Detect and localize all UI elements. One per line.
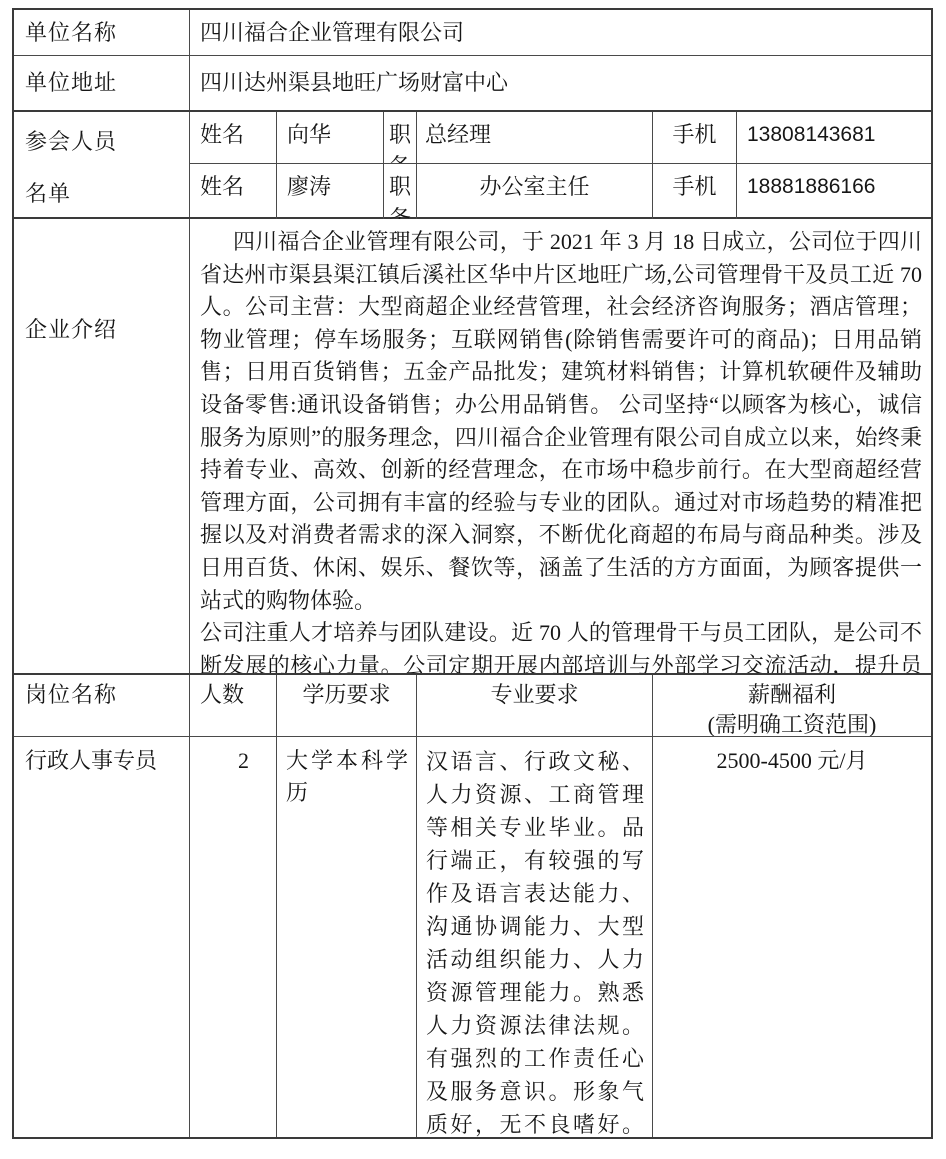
header-position: 岗位名称 — [14, 675, 190, 736]
participant-title: 办公室主任 — [417, 164, 653, 219]
header-education: 学历要求 — [277, 675, 417, 736]
intro-paragraph-1: 四川福合企业管理有限公司，于 2021 年 3 月 18 日成立，公司位于四川省… — [200, 226, 922, 617]
unit-address-value: 四川达州渠县地旺广场财富中心 — [190, 56, 931, 110]
phone-label: 手机 — [653, 164, 737, 219]
header-major: 专业要求 — [417, 675, 653, 736]
name-label: 姓名 — [190, 164, 277, 219]
participant-row: 姓名 向华 职务 总经理 手机 13808143681 — [190, 112, 931, 164]
position-salary: 2500-4500 元/月 — [653, 737, 931, 1137]
phone-label: 手机 — [653, 112, 737, 163]
unit-address-row: 单位地址 四川达州渠县地旺广场财富中心 — [14, 56, 931, 112]
participant-phone: 18881886166 — [737, 164, 931, 219]
company-intro-text: 四川福合企业管理有限公司，于 2021 年 3 月 18 日成立，公司位于四川省… — [190, 219, 931, 673]
unit-name-label: 单位名称 — [14, 10, 190, 55]
position-major: 汉语言、行政文秘、人力资源、工商管理等相关专业毕业。品行端正，有较强的写作及语言… — [417, 737, 653, 1137]
participant-name: 廖涛 — [277, 164, 384, 219]
position-name: 行政人事专员 — [14, 737, 190, 1137]
participant-name: 向华 — [277, 112, 384, 163]
position-count: 2 — [190, 737, 277, 1137]
registration-form-table: 单位名称 四川福合企业管理有限公司 单位地址 四川达州渠县地旺广场财富中心 参会… — [12, 8, 933, 1139]
participant-row: 姓名 廖涛 职务 办公室主任 手机 18881886166 — [190, 164, 931, 219]
participants-section: 参会人员 名单 姓名 向华 职务 总经理 手机 13808143681 姓名 廖… — [14, 112, 931, 219]
participant-title: 总经理 — [417, 112, 653, 163]
company-intro-row: 企业介绍 四川福合企业管理有限公司，于 2021 年 3 月 18 日成立，公司… — [14, 219, 931, 675]
participants-label: 参会人员 名单 — [14, 112, 190, 217]
participant-phone: 13808143681 — [737, 112, 931, 163]
positions-header-row: 岗位名称 人数 学历要求 专业要求 薪酬福利 (需明确工资范围) — [14, 675, 931, 737]
header-salary: 薪酬福利 (需明确工资范围) — [653, 675, 931, 736]
title-label: 职务 — [384, 112, 417, 163]
company-intro-label: 企业介绍 — [14, 219, 190, 673]
position-education: 大学本科学历 — [277, 737, 417, 1137]
unit-address-label: 单位地址 — [14, 56, 190, 110]
name-label: 姓名 — [190, 112, 277, 163]
title-label: 职务 — [384, 164, 417, 219]
unit-name-value: 四川福合企业管理有限公司 — [190, 10, 931, 55]
intro-paragraph-2: 公司注重人才培养与团队建设。近 70 人的管理骨干与员工团队，是公司不断发展的核… — [200, 617, 922, 673]
unit-name-row: 单位名称 四川福合企业管理有限公司 — [14, 10, 931, 56]
position-row: 行政人事专员 2 大学本科学历 汉语言、行政文秘、人力资源、工商管理等相关专业毕… — [14, 737, 931, 1137]
header-count: 人数 — [190, 675, 277, 736]
